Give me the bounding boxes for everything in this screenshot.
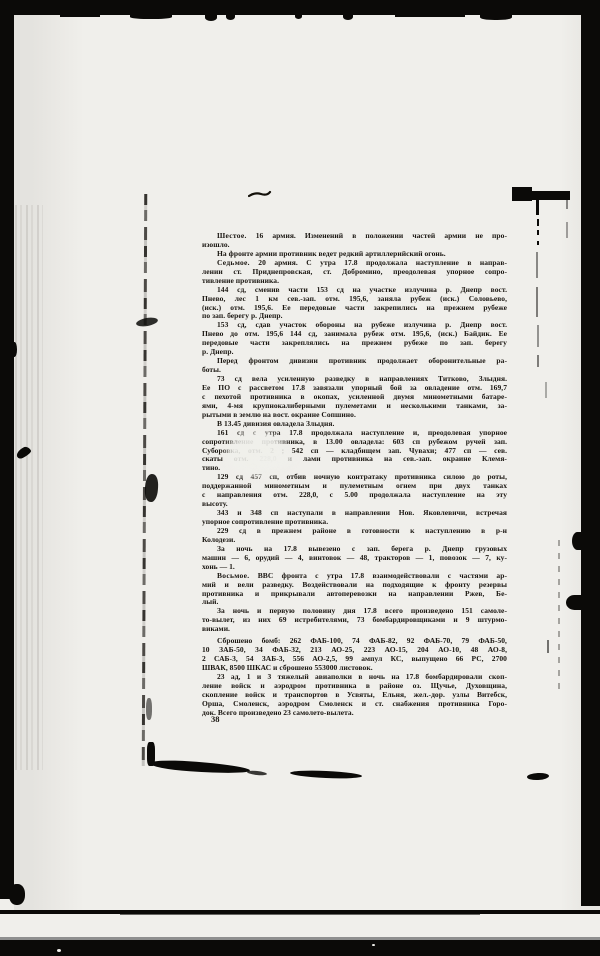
text-line: 144 сд, сменив части 153 сд на участке и… xyxy=(202,286,507,295)
page-edge-dotted-line xyxy=(558,540,560,690)
text-line: с направления отм. 228,0, с 5.00 продолж… xyxy=(202,491,507,500)
text-line: боты. xyxy=(202,366,507,375)
text-line: За ночь и первую половину дня 17.8 всего… xyxy=(202,607,507,616)
scan-speck-2 xyxy=(372,944,375,946)
scan-edge-top-bump-6 xyxy=(343,14,353,20)
scan-edge-bottom xyxy=(0,940,600,956)
text-line: Перед фронтом дивизии противник продолжа… xyxy=(202,357,507,366)
scan-edge-top-bump-3 xyxy=(205,14,217,21)
text-line: док. Всего произведено 23 самолето-вылет… xyxy=(202,709,507,718)
text-line: хонь — 1. xyxy=(202,563,507,572)
text-line: 153 сд, сдав участок обороны на рубеже и… xyxy=(202,321,507,330)
text-line: ШВАК, 8500 ШКАС и сброшено 553000 листов… xyxy=(202,664,507,673)
ink-squiggle xyxy=(248,189,272,199)
text-line: тивление противника. xyxy=(202,277,507,286)
scan-edge-right xyxy=(581,10,600,906)
text-line: 2 САБ-3, 54 ЗАБ-3, 556 АО-2,5, 99 ампул … xyxy=(202,655,507,664)
page-edge-dash-6 xyxy=(537,325,539,347)
page-edge-dash-3 xyxy=(537,241,539,245)
scan-edge-top-bump-8 xyxy=(480,14,512,20)
scan-edge-left xyxy=(0,0,14,899)
text-line: 10 ЗАБ-50, 34 ФАБ-32, 213 АО-25, 223 АО-… xyxy=(202,646,507,655)
text-line: 343 и 348 сп наступали в направлении Нов… xyxy=(202,509,507,518)
scan-edge-left-blob xyxy=(9,884,25,905)
text-line: Шестое. 16 армия. Изменений в положении … xyxy=(202,232,507,241)
text-line: упорное сопротивление противника. xyxy=(202,518,507,527)
text-line: 229 сд в прежнем районе в готовности к н… xyxy=(202,527,507,536)
text-line: виками. xyxy=(202,625,507,634)
text-line: лый. xyxy=(202,598,507,607)
scan-edge-top-bump-2 xyxy=(130,14,172,19)
scan-speck-1 xyxy=(57,949,61,952)
scan-edge-top-bump-7 xyxy=(395,13,465,17)
text-line: Ее ПО с рассветом 17.8 завязали упорный … xyxy=(202,384,507,393)
text-line: лении ст. Приднепровская, ст. Добромино,… xyxy=(202,268,507,277)
scan-edge-right-bump-1 xyxy=(572,532,583,550)
page-edge-dash-10 xyxy=(566,222,568,238)
text-line: мий и вели разведку. Воздействовали на п… xyxy=(202,581,507,590)
text-line: по зап. берегу р. Днепр. xyxy=(202,312,507,321)
text-line: рытыми в землю на вост. окраине Сопшино. xyxy=(202,411,507,420)
text-line: ление войск и аэродром противника в райо… xyxy=(202,682,507,691)
text-line: 73 сд вела усиленную разведку в направле… xyxy=(202,375,507,384)
spine-smudge-upper xyxy=(135,316,158,328)
spine-blob-middle xyxy=(144,474,159,503)
scan-edge-top-bump-1 xyxy=(60,14,100,17)
scan-edge-top-bump-4 xyxy=(226,14,235,20)
page-edge-dash-9 xyxy=(566,200,568,209)
text-line: В 13.45 дивизия овладела Злыдня. xyxy=(202,420,507,429)
text-line: то-вылет, из них 69 истребителями, 73 бо… xyxy=(202,616,507,625)
text-line: поддержанной минометным и пулеметным огн… xyxy=(202,482,507,491)
text-line: Пнево, лес 1 км сев.-зап. отм. 195,6, за… xyxy=(202,295,507,304)
text-line: изошло. xyxy=(202,241,507,250)
scan-edge-right-bump-2 xyxy=(566,595,583,610)
text-line: На фронте армии противник ведет редкий а… xyxy=(202,250,507,259)
scan-edge-left-bump xyxy=(12,342,17,357)
text-line: Сброшено бомб: 262 ФАБ-100, 74 ФАБ-82, 9… xyxy=(202,637,507,646)
text-line: скопление войск и транспортов в Усвяты, … xyxy=(202,691,507,700)
page-edge-dash-5 xyxy=(536,287,538,317)
scan-edge-top-bump-5 xyxy=(295,14,302,19)
text-line: Седьмое. 20 армия. С утра 17.8 продолжал… xyxy=(202,259,507,268)
faded-print-area-2 xyxy=(250,452,296,468)
ink-streak-left xyxy=(150,759,250,776)
text-line: противника и прикрывали автоперевозки на… xyxy=(202,590,507,599)
page-edge-dash-7 xyxy=(537,355,539,367)
text-line: За ночь на 17.8 вывезено с зап. берега р… xyxy=(202,545,507,554)
text-line: Орша, Смоленск, аэродром Смоленск и ст. … xyxy=(202,700,507,709)
text-line: р. Днепр. xyxy=(202,348,507,357)
text-line: с пехотой противника в окопах, усиленной… xyxy=(202,393,507,402)
text-line: Пнево до отм. 195,6 144 сд, занимала руб… xyxy=(202,330,507,339)
scan-line-bottom-shadow xyxy=(120,913,480,915)
text-line: 23 ад, 1 и 3 тяжелый авиаполки в ночь на… xyxy=(202,673,507,682)
text-line: машин — 6, орудий — 4, винтовок — 48, тр… xyxy=(202,554,507,563)
text-line: высоту. xyxy=(202,500,507,509)
ink-streak-right xyxy=(527,772,549,780)
ink-streak-left-tail xyxy=(247,770,267,776)
page-edge-dash-2 xyxy=(537,230,539,235)
text-line: (иск.) отм. 195,6. Ее передовые части за… xyxy=(202,304,507,313)
ink-streak-center xyxy=(290,769,362,779)
text-line: ями, 4-мя крупнокалиберными пулеметами и… xyxy=(202,402,507,411)
page-edge-dash-8 xyxy=(545,382,547,398)
text-line: передовые части закреплялись на прежнем … xyxy=(202,339,507,348)
text-line: Восьмое. ВВС фронта с утра 17.8 взаимоде… xyxy=(202,572,507,581)
page-edge-dash-4 xyxy=(536,252,538,278)
page-number: 38 xyxy=(211,715,220,724)
scan-streaks xyxy=(15,205,43,770)
text-line: Колодези. xyxy=(202,536,507,545)
scan-edge-top xyxy=(0,0,600,15)
t-mark-stem xyxy=(536,199,539,215)
scanned-document-page: Шестое. 16 армия. Изменений в положении … xyxy=(0,0,600,956)
spine-blob-lower xyxy=(146,698,152,720)
page-edge-dash-1 xyxy=(537,219,539,226)
t-mark-left-chunk xyxy=(512,187,532,201)
page-edge-dash-11 xyxy=(547,640,549,653)
